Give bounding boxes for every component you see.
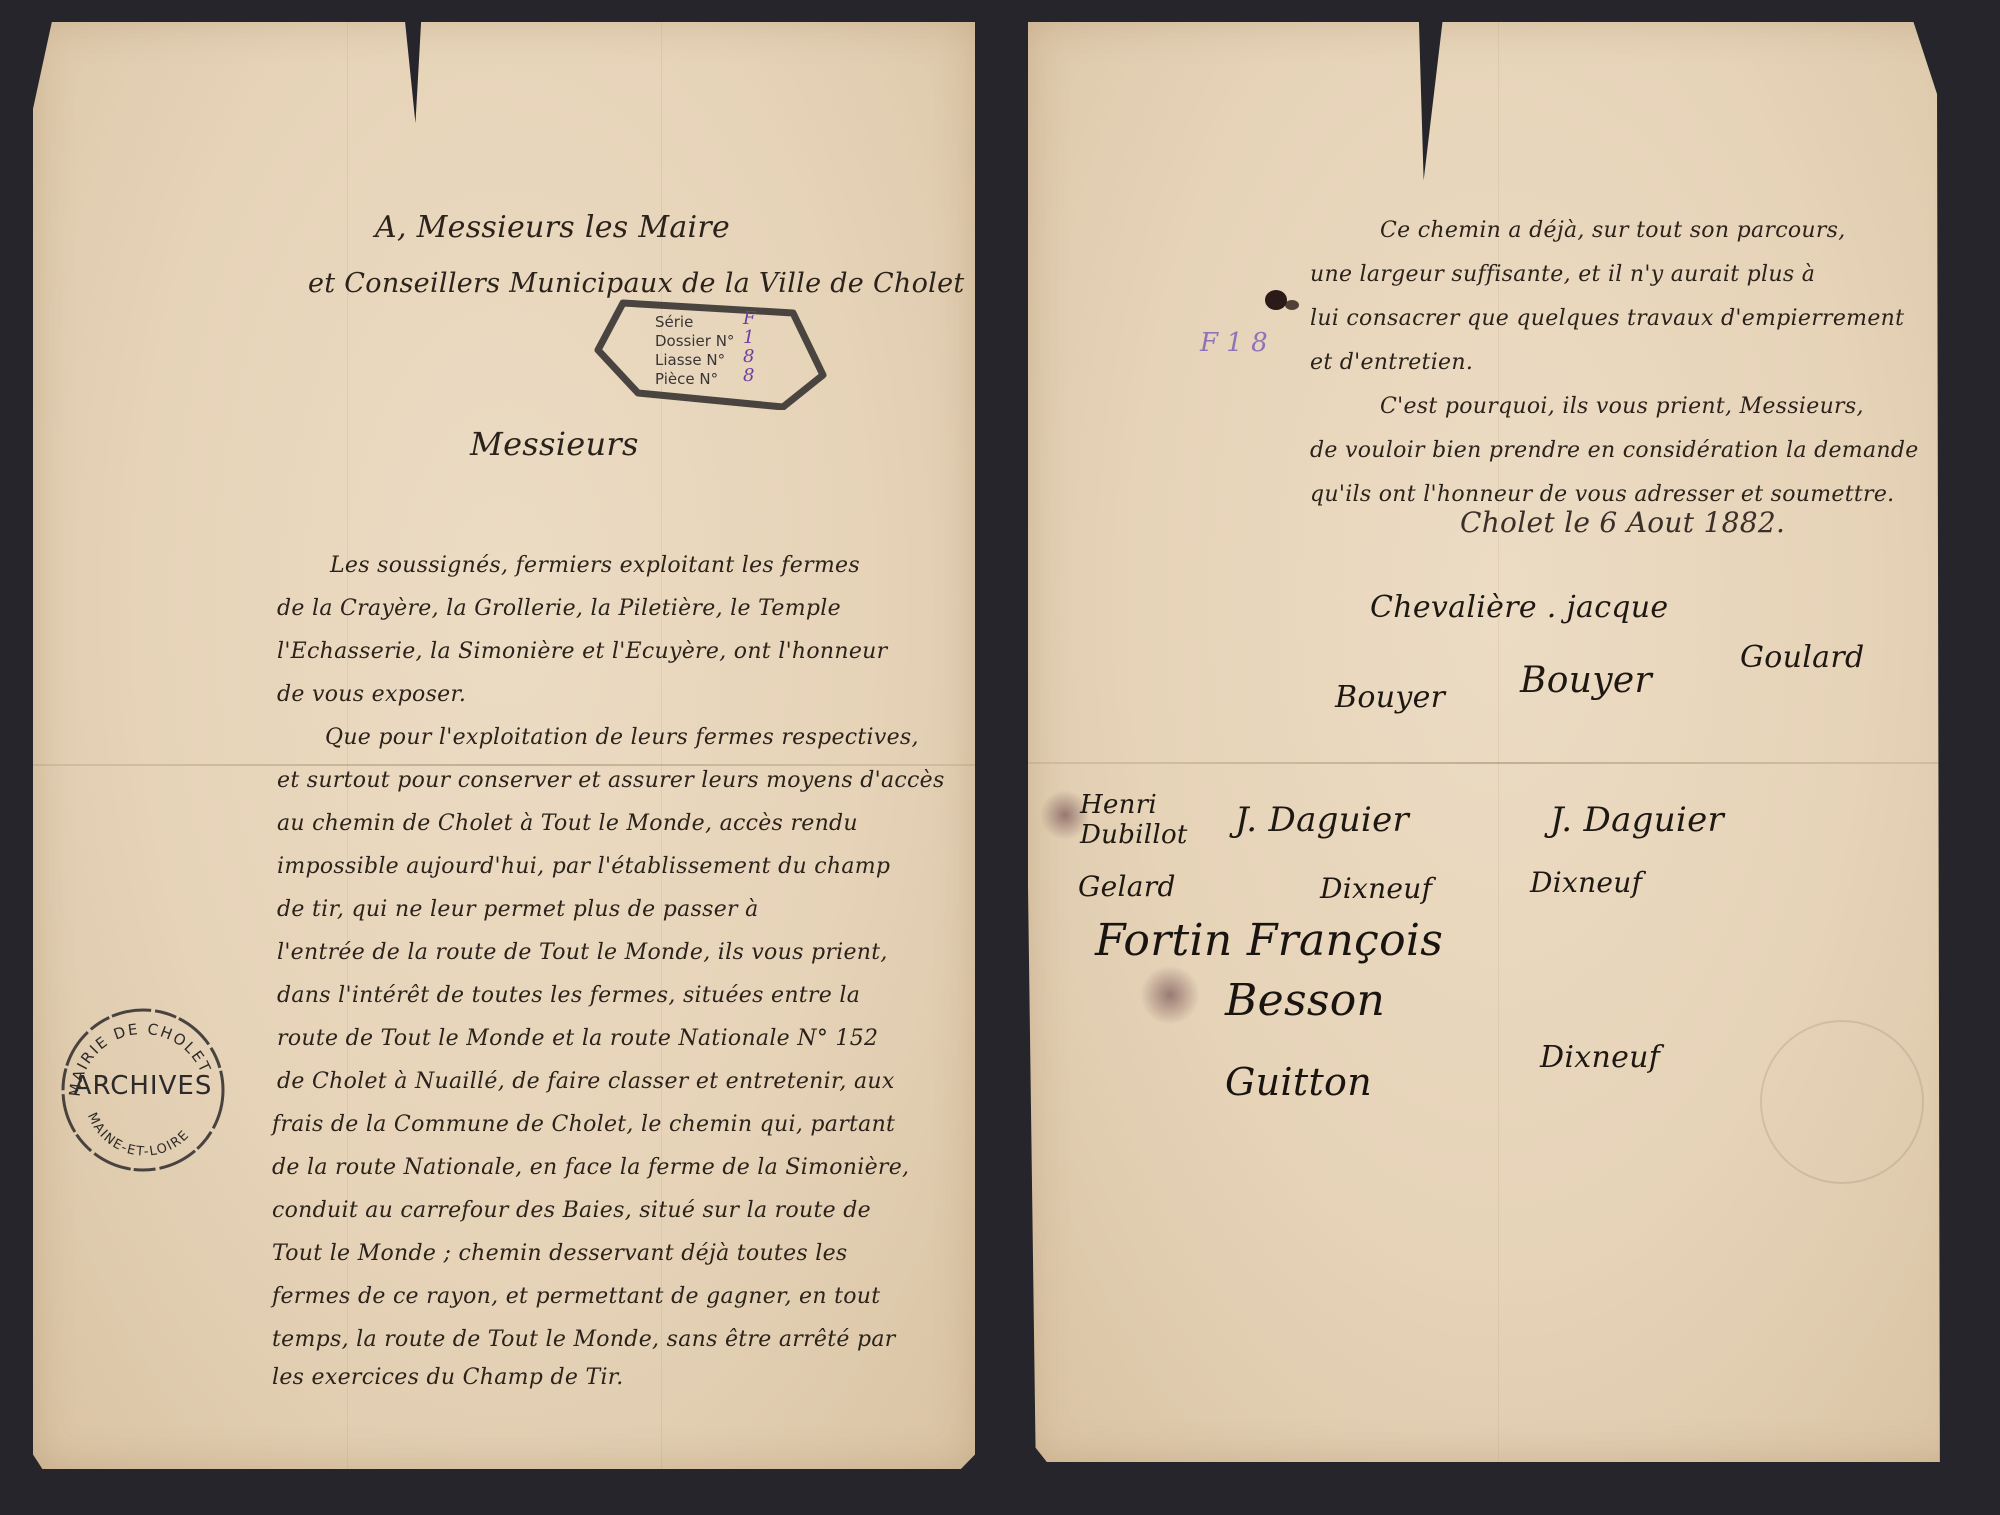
body-line: qu'ils ont l'honneur de vous adresser et… [1310, 482, 1894, 507]
body-line: et surtout pour conserver et assurer leu… [277, 768, 945, 793]
body-line: de la Crayère, la Grollerie, la Piletièr… [277, 596, 841, 621]
ink-blot [1265, 290, 1287, 310]
body-line: Tout le Monde ; chemin desservant déjà t… [272, 1241, 848, 1266]
body-line: route de Tout le Monde et la route Natio… [277, 1026, 878, 1051]
body-line: C'est pourquoi, ils vous prient, Messieu… [1380, 394, 1864, 419]
mairie-archives-stamp: MAIRIE DE CHOLET MAINE-ET-LOIRE ARCHIVES [58, 1005, 228, 1175]
signature: Bouyer [1335, 680, 1445, 715]
body-line: temps, la route de Tout le Monde, sans ê… [272, 1327, 896, 1352]
ink-blot [1285, 300, 1299, 310]
body-line: impossible aujourd'hui, par l'établissem… [277, 854, 890, 879]
signature: Gelard [1078, 870, 1176, 903]
body-line: Les soussignés, fermiers exploitant les … [330, 553, 860, 578]
body-line: conduit au carrefour des Baies, situé su… [272, 1198, 871, 1223]
salutation: Messieurs [470, 425, 639, 463]
body-line: de la route Nationale, en face la ferme … [272, 1155, 909, 1180]
stamp-value-liasse: 8 [743, 347, 756, 366]
body-line: frais de la Commune de Cholet, le chemin… [272, 1112, 895, 1137]
stamp-value-piece: 8 [743, 366, 756, 385]
stamp-value-dossier: 1 [743, 328, 756, 347]
body-line: lui consacrer que quelques travaux d'emp… [1310, 306, 1904, 331]
body-line: de Cholet à Nuaillé, de faire classer et… [277, 1069, 895, 1094]
date-line: Cholet le 6 Aout 1882. [1460, 506, 1785, 539]
archive-reference-stamp: Série Dossier N° Liasse N° Pièce N° F 1 … [593, 295, 828, 410]
body-line: l'Echasserie, la Simonière et l'Ecuyère,… [277, 639, 887, 664]
body-line: Ce chemin a déjà, sur tout son parcours, [1380, 218, 1846, 243]
stamp-values: F 1 8 8 [743, 309, 756, 385]
stamp-label-dossier: Dossier N° [655, 332, 734, 351]
body-line: de vouloir bien prendre en considération… [1310, 438, 1919, 463]
signature: Dixneuf [1530, 866, 1642, 899]
signature: Fortin François [1095, 915, 1443, 966]
signature: Goulard [1740, 640, 1864, 675]
signature: J. Daguier [1235, 800, 1409, 840]
stamp-center-text: ARCHIVES [58, 1071, 228, 1101]
ink-smudge [1140, 965, 1200, 1025]
fold-line [1028, 762, 1970, 764]
stamp-bottom-text: MAINE-ET-LOIRE [84, 1110, 193, 1159]
signature: Guitton [1225, 1060, 1372, 1104]
stamp-label-serie: Série [655, 313, 734, 332]
body-line: Que pour l'exploitation de leurs fermes … [325, 725, 919, 750]
svg-text:MAINE-ET-LOIRE: MAINE-ET-LOIRE [84, 1110, 193, 1159]
signature: Dixneuf [1540, 1040, 1660, 1075]
body-line: de vous exposer. [277, 682, 466, 707]
signature: Dixneuf [1320, 872, 1432, 905]
fold-line [33, 764, 975, 766]
body-line: une largeur suffisante, et il n'y aurait… [1310, 262, 1815, 287]
body-line: et d'entretien. [1310, 350, 1473, 375]
stamp-value-serie: F [743, 309, 756, 328]
body-line: dans l'intérêt de toutes les fermes, sit… [277, 983, 860, 1008]
body-line: l'entrée de la route de Tout le Monde, i… [277, 940, 888, 965]
signature: Henri Dubillot [1080, 790, 1180, 850]
address-line-1: A, Messieurs les Maire [375, 210, 730, 245]
signature: J. Daguier [1550, 800, 1724, 840]
pencil-annotation: F 1 8 [1200, 328, 1268, 358]
stamp-label-piece: Pièce N° [655, 370, 734, 389]
body-line: les exercices du Champ de Tir. [272, 1365, 623, 1390]
stamp-labels: Série Dossier N° Liasse N° Pièce N° [655, 313, 734, 389]
signature: Chevalière . jacque [1370, 590, 1668, 625]
body-line: au chemin de Cholet à Tout le Monde, acc… [277, 811, 858, 836]
stamp-label-liasse: Liasse N° [655, 351, 734, 370]
body-line: de tir, qui ne leur permet plus de passe… [277, 897, 759, 922]
signature: Bouyer [1520, 660, 1652, 701]
faded-stamp-impression [1760, 1020, 1924, 1184]
signature: Besson [1225, 975, 1385, 1026]
body-line: fermes de ce rayon, et permettant de gag… [272, 1284, 880, 1309]
